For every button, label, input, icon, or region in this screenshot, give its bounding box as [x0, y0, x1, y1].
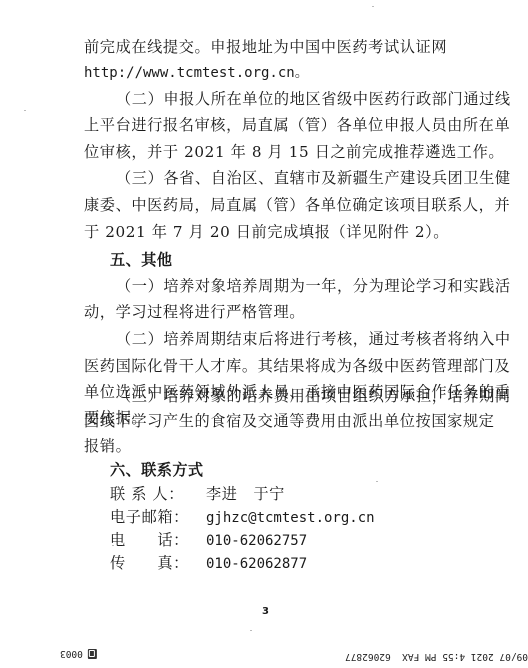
scan-speck — [112, 545, 114, 546]
paragraph-2-start: （二）申报人所在单位的地区省级中医药行政部门通过线 — [116, 89, 442, 109]
fax-timestamp-strip: 09/07 2021 4:55 PM FAX 62062877 — [345, 646, 528, 662]
body-line: 医药国际化骨干人才库。其结果将成为各级中医药管理部门及 — [84, 356, 442, 376]
phone-row: 电 话：010-62062757 — [110, 530, 430, 551]
body-line: 位审核，并于 2021 年 8 月 15 日之前完成推荐遴选工作。 — [84, 142, 442, 162]
body-line: 上平台进行报名审核，局直属（管）各单位申报人员由所在单 — [84, 115, 442, 135]
fax-page-counter-text: 0003 — [60, 649, 83, 660]
email-row: 电子邮箱：gjhzc@tcmtest.org.cn — [110, 507, 430, 528]
section-5-item-2: （二）培养周期结束后将进行考核，通过考核者将纳入中 — [116, 329, 442, 349]
section-5-item-3: （三）培养对象的培养费用由项目组织方承担，培养期间 — [116, 386, 442, 406]
scan-speck — [250, 630, 252, 631]
fax-label: 传 真： — [110, 553, 206, 573]
website-url: http://www.tcmtest.org.cn。 — [84, 63, 442, 83]
body-line: 动，学习过程将进行严格管理。 — [84, 302, 442, 322]
contact-person-value: 李进 于宁 — [206, 485, 285, 503]
scan-speck — [372, 6, 374, 7]
contact-person-label: 联 系 人： — [110, 484, 206, 504]
fax-value: 010-62062877 — [206, 556, 307, 572]
email-value: gjhzc@tcmtest.org.cn — [206, 510, 375, 526]
body-line: 于 2021 年 7 月 20 日前完成填报（详见附件 2）。 — [84, 222, 442, 242]
section-6-heading: 六、联系方式 — [110, 460, 468, 480]
section-5-item-1: （一）培养对象培养周期为一年，分为理论学习和实践活 — [116, 276, 442, 296]
scanned-document-page: 前完成在线提交。申报地址为中国中医药考试认证网 http://www.tcmte… — [0, 0, 528, 668]
body-line: 因线下学习产生的食宿及交通等费用由派出单位按国家规定 — [84, 411, 442, 431]
body-line: 前完成在线提交。申报地址为中国中医药考试认证网 — [84, 37, 442, 57]
scan-speck — [376, 481, 378, 482]
page-number: 3 — [262, 606, 269, 617]
section-5-heading: 五、其他 — [110, 250, 468, 270]
body-line: 报销。 — [84, 436, 442, 456]
fax-row: 传 真：010-62062877 — [110, 553, 430, 574]
email-label: 电子邮箱： — [110, 507, 206, 527]
body-line: 康委、中医药局，局直属（管）各单位确定该项目联系人，并 — [84, 195, 442, 215]
fax-document-icon — [88, 649, 97, 659]
scan-speck — [24, 110, 26, 111]
paragraph-3-start: （三）各省、自治区、直辖市及新疆生产建设兵团卫生健 — [116, 168, 442, 188]
fax-page-counter: 0003 — [60, 646, 97, 662]
phone-value: 010-62062757 — [206, 533, 307, 549]
phone-label: 电 话： — [110, 530, 206, 550]
contact-person-row: 联 系 人：李进 于宁 — [110, 484, 430, 504]
